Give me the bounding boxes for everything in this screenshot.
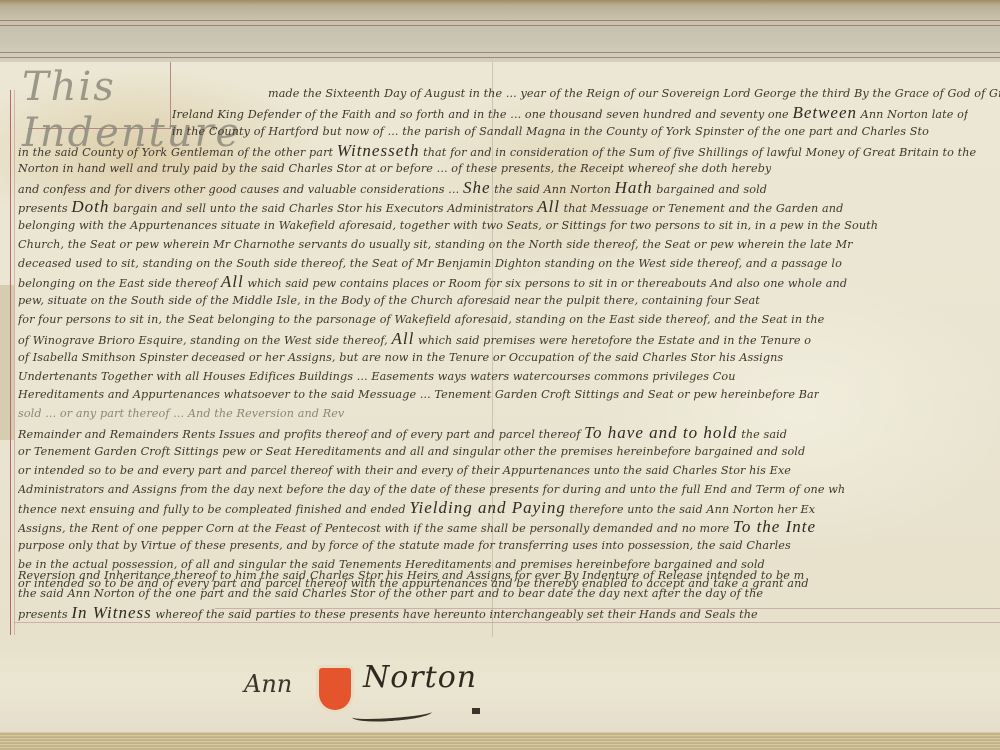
- text-line: Assigns, the Rent of one pepper Corn at …: [18, 517, 816, 537]
- text-line: in the said County of York Gentleman of …: [18, 141, 976, 161]
- margin-rule: [14, 90, 15, 635]
- text-line: made the Sixteenth Day of August in the …: [268, 84, 1000, 104]
- text-line: Norton in hand well and truly paid by th…: [18, 159, 771, 179]
- text-line: Hereditaments and Appurtenances whatsoev…: [18, 385, 819, 405]
- text-line: of Winograve Brioro Esquire, standing on…: [18, 329, 811, 349]
- text-line: and confess and for divers other good ca…: [18, 178, 767, 198]
- text-line: pew, situate on the South side of the Mi…: [18, 291, 760, 311]
- text-line: the said Ann Norton of the one part and …: [18, 584, 763, 604]
- engrossed-keyword: Doth: [71, 197, 109, 216]
- text-line: Administrators and Assigns from the day …: [18, 480, 845, 500]
- engrossed-keyword: Witnesseth: [337, 141, 420, 160]
- text-line: for four persons to sit in, the Seat bel…: [18, 310, 824, 330]
- text-line: or Tenement Garden Croft Sittings pew or…: [18, 442, 805, 462]
- engrossed-keyword: In Witness: [71, 603, 151, 622]
- gilt-edge: [0, 732, 1000, 750]
- text-line: Reversion and Inheritance thereof to him…: [18, 566, 804, 586]
- wax-seal-icon: [319, 668, 351, 710]
- signature-last-name: Norton: [363, 660, 477, 695]
- text-line: sold ... or any part thereof ... And the…: [18, 404, 344, 424]
- text-line: Undertenants Together with all Houses Ed…: [18, 367, 736, 387]
- engrossed-keyword: She: [463, 178, 491, 197]
- text-line: belonging on the East side thereof All w…: [18, 272, 847, 292]
- text-line: presents Doth bargain and sell unto the …: [18, 197, 843, 217]
- ruled-line: [0, 57, 1000, 58]
- parchment-patch: [0, 285, 14, 440]
- engrossed-keyword: Hath: [615, 178, 653, 197]
- top-fold: [0, 0, 1000, 62]
- text-line: Remainder and Remainders Rents Issues an…: [18, 423, 787, 443]
- ruled-line: [14, 622, 1000, 623]
- text-line: of Isabella Smithson Spinster deceased o…: [18, 348, 783, 368]
- engrossed-keyword: Between: [792, 103, 857, 122]
- engrossed-keyword: To the Inte: [733, 517, 816, 536]
- text-line: Ireland King Defender of the Faith and s…: [172, 103, 968, 123]
- text-line: purpose only that by Virtue of these pre…: [18, 536, 791, 556]
- ruled-line: [0, 20, 1000, 21]
- ruled-line: [215, 608, 1000, 609]
- engrossed-keyword: All: [391, 329, 414, 348]
- text-line: thence next ensuing and fully to be comp…: [18, 498, 815, 518]
- text-line: belonging with the Appurtenances situate…: [18, 216, 878, 236]
- engrossed-keyword: All: [537, 197, 560, 216]
- engrossed-keyword: To have and to hold: [584, 423, 737, 442]
- engrossed-keyword: All: [221, 272, 244, 291]
- engrossed-keyword: Yielding and Paying: [409, 498, 566, 517]
- text-line: Church, the Seat or pew wherein Mr Charn…: [18, 235, 853, 255]
- ruled-line: [0, 52, 1000, 53]
- signature-mark: [472, 708, 480, 714]
- signature-block: [0, 637, 1000, 732]
- text-line: deceased used to sit, standing on the So…: [18, 254, 842, 274]
- ruled-line: [0, 25, 1000, 26]
- text-line: or intended so to be and every part and …: [18, 461, 791, 481]
- margin-rule: [10, 90, 11, 635]
- signature-first-name: Ann: [244, 670, 292, 698]
- text-line: presents In Witness whereof the said par…: [18, 603, 758, 623]
- text-line: in the County of Hartford but now of ...…: [172, 122, 929, 142]
